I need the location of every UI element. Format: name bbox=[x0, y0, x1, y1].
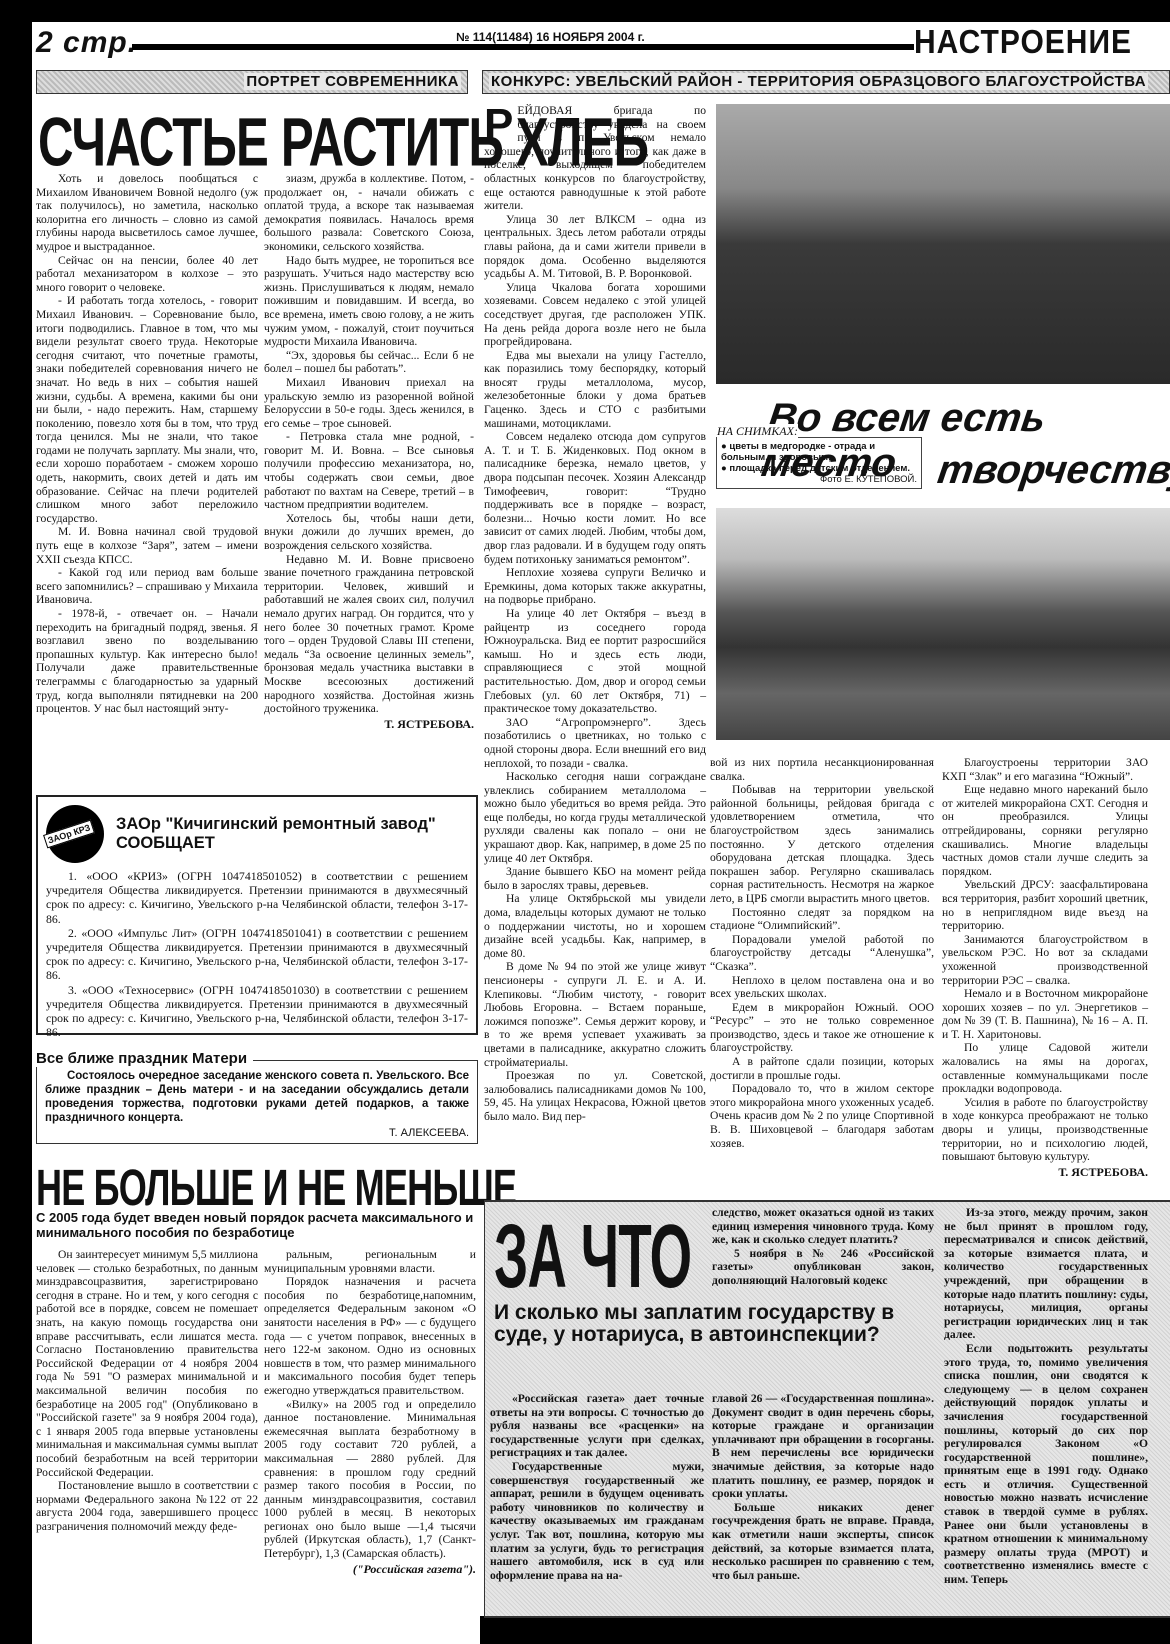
author-byline: Т. ЯСТРЕБОВА. bbox=[264, 718, 474, 732]
portrait-kicker-text: ПОРТРЕТ СОВРЕМЕННИКА bbox=[244, 73, 461, 90]
issue-date: № 114(11484) 16 НОЯБРЯ 2004 г. bbox=[456, 30, 645, 44]
mothers-title: Все ближе праздник Матери bbox=[36, 1050, 253, 1067]
fees-headline: ЗА ЧТО bbox=[494, 1204, 691, 1309]
paragraph: следство, может оказаться одной из таких… bbox=[712, 1206, 934, 1247]
scan-border-top bbox=[0, 0, 1170, 22]
notice-item: 1. «ООО «КРИЗ» (ОГРН 1047418501052) в со… bbox=[46, 869, 468, 926]
paragraph: Насколько сегодня наши сограждане увлекл… bbox=[484, 770, 706, 865]
logo-label: ЗАОр КРЗ bbox=[43, 820, 95, 849]
fees-column-3: Из-за этого, между прочим, закон не был … bbox=[944, 1206, 1148, 1587]
paragraph: 5 ноября в № 246 «Российской газеты» опу… bbox=[712, 1247, 934, 1288]
paragraph: Еще недавно много нареканий было от жите… bbox=[942, 783, 1148, 878]
notice-item: 2. «ООО «Импульс Лит» (ОГРН 104741850104… bbox=[46, 926, 468, 983]
paragraph: По улице Садовой жители жаловались на ям… bbox=[942, 1041, 1148, 1095]
paragraph: Постановление вышло в соответствии с нор… bbox=[36, 1479, 258, 1533]
paragraph: Совсем недалеко отсюда дом супругов А. Т… bbox=[484, 430, 706, 566]
mothers-text: Состоялось очередное заседание женского … bbox=[45, 1069, 469, 1125]
benefits-column-2: ральным, региональным и муниципальным ур… bbox=[264, 1248, 476, 1576]
contest-column-2: вой из них портила несанкционированная с… bbox=[710, 756, 934, 1150]
benefits-headline: НЕ БОЛЬШЕ И НЕ МЕНЬШЕ bbox=[36, 1160, 516, 1218]
fees-column-1: «Российская газета» дает точные ответы н… bbox=[490, 1392, 704, 1582]
paragraph: вой из них портила несанкционированная с… bbox=[710, 756, 934, 783]
caption-item: ● цветы в медгородке - отрада и больным,… bbox=[721, 441, 917, 463]
mothers-box: Состоялось очередное заседание женского … bbox=[36, 1060, 478, 1144]
benefits-subhead: С 2005 года будет введен новый порядок р… bbox=[36, 1210, 476, 1240]
paragraph: Проезжая по ул. Советской, залюбовались … bbox=[484, 1069, 706, 1123]
photo-playground bbox=[716, 508, 1170, 740]
notice-items: 1. «ООО «КРИЗ» (ОГРН 1047418501052) в со… bbox=[46, 869, 468, 1039]
photo-credit: Фото Е. КУТЕПОВОЙ. bbox=[721, 474, 917, 485]
author-byline: Т. ЯСТРЕБОВА. bbox=[942, 1166, 1148, 1180]
fees-column-top: следство, может оказаться одной из таких… bbox=[712, 1206, 934, 1288]
portrait-column-1: Хоть и довелось пообщаться с Михаилом Ив… bbox=[36, 172, 258, 716]
paragraph: В доме № 94 по этой же улице живут пенси… bbox=[484, 960, 706, 1069]
caption-item-text: площадка перед детским отделением. bbox=[729, 463, 910, 474]
paragraph: Неплохо в целом поставлена она и во всех… bbox=[710, 974, 934, 1001]
paragraph: Порадовали умелой работой по благоустрой… bbox=[710, 933, 934, 974]
paragraph: Увельский ДРСУ: заасфальтирована вся тер… bbox=[942, 878, 1148, 932]
fees-column-2: главой 26 — «Государственная пошлина». Д… bbox=[712, 1392, 934, 1582]
caption-label: НА СНИМКАХ: bbox=[717, 424, 798, 439]
paragraph: Он заинтересует минимум 5,5 миллиона чел… bbox=[36, 1248, 258, 1479]
paragraph: Надо быть мудрее, не торопиться все разр… bbox=[264, 254, 474, 349]
feature-title-line-2: творчеству bbox=[935, 448, 1170, 493]
paragraph: Государственные мужи, совершенствуя госу… bbox=[490, 1460, 704, 1582]
lead-paragraph: РЕЙДОВАЯ бригада по благоустройству увид… bbox=[484, 104, 706, 213]
contest-kicker: КОНКУРС: УВЕЛЬСКИЙ РАЙОН - ТЕРРИТОРИЯ ОБ… bbox=[482, 70, 1170, 94]
paragraph: Порядок назначения и расчета пособия по … bbox=[264, 1275, 476, 1397]
notice-item: 3. «ООО «Техносервис» (ОГРН 104741850103… bbox=[46, 983, 468, 1040]
photo-caption: НА СНИМКАХ: ● цветы в медгородке - отрад… bbox=[716, 437, 922, 489]
notice-title: ЗАОр "Кичигинский ремонтный завод" СООБЩ… bbox=[116, 815, 468, 853]
caption-item-text: цветы в медгородке - отрада и больным, и… bbox=[721, 441, 875, 463]
paragraph: А в райтопе сдали позиции, которых дости… bbox=[710, 1055, 934, 1082]
portrait-column-2: зиазм, дружба в коллективе. Потом, - про… bbox=[264, 172, 474, 731]
drop-cap: Р bbox=[484, 106, 513, 144]
paragraph: «Вилку» на 2005 год и определило данное … bbox=[264, 1398, 476, 1561]
paragraph: Больше никаких денег госучреждения брать… bbox=[712, 1501, 934, 1583]
paragraph: Едем в микрорайон Южный. ООО “Ресурс” – … bbox=[710, 1001, 934, 1055]
benefits-column-1: Он заинтересует минимум 5,5 миллиона чел… bbox=[36, 1248, 258, 1533]
contest-kicker-text: КОНКУРС: УВЕЛЬСКИЙ РАЙОН - ТЕРРИТОРИЯ ОБ… bbox=[489, 73, 1148, 90]
paragraph: - 1978-й, - отвечает он. – Начали перехо… bbox=[36, 607, 258, 716]
lead-text: ЕЙДОВАЯ бригада по благоустройству увиде… bbox=[484, 104, 706, 212]
paragraph: Усилия в работе по благоустройству в ход… bbox=[942, 1096, 1148, 1164]
paragraph: «Российская газета» дает точные ответы н… bbox=[490, 1392, 704, 1460]
photo-medgorodok-flowers bbox=[716, 104, 1170, 384]
paragraph: - Какой год или период вам больше всего … bbox=[36, 566, 258, 607]
paragraph: Благоустроены территории ЗАО КХП “Злак” … bbox=[942, 756, 1148, 783]
paragraph: Немало и в Восточном микрорайоне хороших… bbox=[942, 987, 1148, 1041]
paragraph: Михаил Иванович приехал на уральскую зем… bbox=[264, 376, 474, 430]
notice-header: ЗАОр КРЗ ЗАОр "Кичигинский ремонтный зав… bbox=[46, 805, 468, 863]
paragraph: М. И. Вовна начинал свой трудовой путь е… bbox=[36, 525, 258, 566]
author-byline: Т. АЛЕКСЕЕВА. bbox=[45, 1127, 469, 1139]
paragraph: Сейчас он на пенсии, более 40 лет работа… bbox=[36, 254, 258, 295]
scan-border-left bbox=[0, 0, 32, 1644]
paragraph: ральным, региональным и муниципальным ур… bbox=[264, 1248, 476, 1275]
paragraph: Постоянно следят за порядком на стадионе… bbox=[710, 906, 934, 933]
portrait-kicker: ПОРТРЕТ СОВРЕМЕННИКА bbox=[36, 70, 468, 94]
paragraph: На улице 40 лет Октября – въезд в райцен… bbox=[484, 607, 706, 716]
paragraph: - И работать тогда хотелось, - говорит М… bbox=[36, 294, 258, 525]
company-logo-icon: ЗАОр КРЗ bbox=[46, 805, 104, 863]
notice-box: ЗАОр КРЗ ЗАОр "Кичигинский ремонтный зав… bbox=[36, 795, 478, 1035]
paragraph: Здание бывшего КБО на момент рейда было … bbox=[484, 865, 706, 892]
paragraph: зиазм, дружба в коллективе. Потом, - про… bbox=[264, 172, 474, 254]
paragraph: Из-за этого, между прочим, закон не был … bbox=[944, 1206, 1148, 1342]
page-number: 2 стр. bbox=[36, 26, 137, 60]
paragraph: На улице Октябрьской мы увидели дома, вл… bbox=[484, 892, 706, 960]
paragraph: Хоть и довелось пообщаться с Михаилом Ив… bbox=[36, 172, 258, 254]
paragraph: - Петровка стала мне родной, - говорит М… bbox=[264, 430, 474, 512]
paragraph: главой 26 — «Государственная пошлина». Д… bbox=[712, 1392, 934, 1501]
paragraph: Если подытожить результаты этого труда, … bbox=[944, 1342, 1148, 1587]
contest-column-1: РЕЙДОВАЯ бригада по благоустройству увид… bbox=[484, 104, 706, 1124]
paragraph: Улица Чкалова богата хорошими хозяевами.… bbox=[484, 281, 706, 349]
paragraph: Неплохие хозяева супруги Величко и Еремк… bbox=[484, 566, 706, 607]
paragraph: Улица 30 лет ВЛКСМ – одна из центральных… bbox=[484, 213, 706, 281]
section-title: НАСТРОЕНИЕ bbox=[914, 24, 1132, 61]
paragraph: Побывав на территории увельской районной… bbox=[710, 783, 934, 905]
paragraph: Недавно М. И. Вовне присвоено звание поч… bbox=[264, 553, 474, 716]
caption-item: ● площадка перед детским отделением. bbox=[721, 463, 917, 474]
source-credit: ("Российская газета"). bbox=[264, 1563, 476, 1577]
paragraph: ЗАО “Агропромэнерго”. Здесь позаботились… bbox=[484, 716, 706, 770]
contest-column-3: Благоустроены территории ЗАО КХП “Злак” … bbox=[942, 756, 1148, 1179]
paragraph: “Эх, здоровья бы сейчас... Если б не бол… bbox=[264, 349, 474, 376]
paragraph: Порадовало то, что в жилом секторе этого… bbox=[710, 1082, 934, 1150]
paragraph: Хотелось бы, чтобы наши дети, внуки дожи… bbox=[264, 512, 474, 553]
masthead-rule bbox=[132, 44, 914, 50]
scan-border-bottom bbox=[480, 1616, 1170, 1644]
paragraph: Занимаются благоустройством в увельском … bbox=[942, 933, 1148, 987]
fees-subhead: И сколько мы заплатим государству в суде… bbox=[494, 1302, 934, 1346]
paragraph: Едва мы выехали на улицу Гастелло, как п… bbox=[484, 349, 706, 431]
